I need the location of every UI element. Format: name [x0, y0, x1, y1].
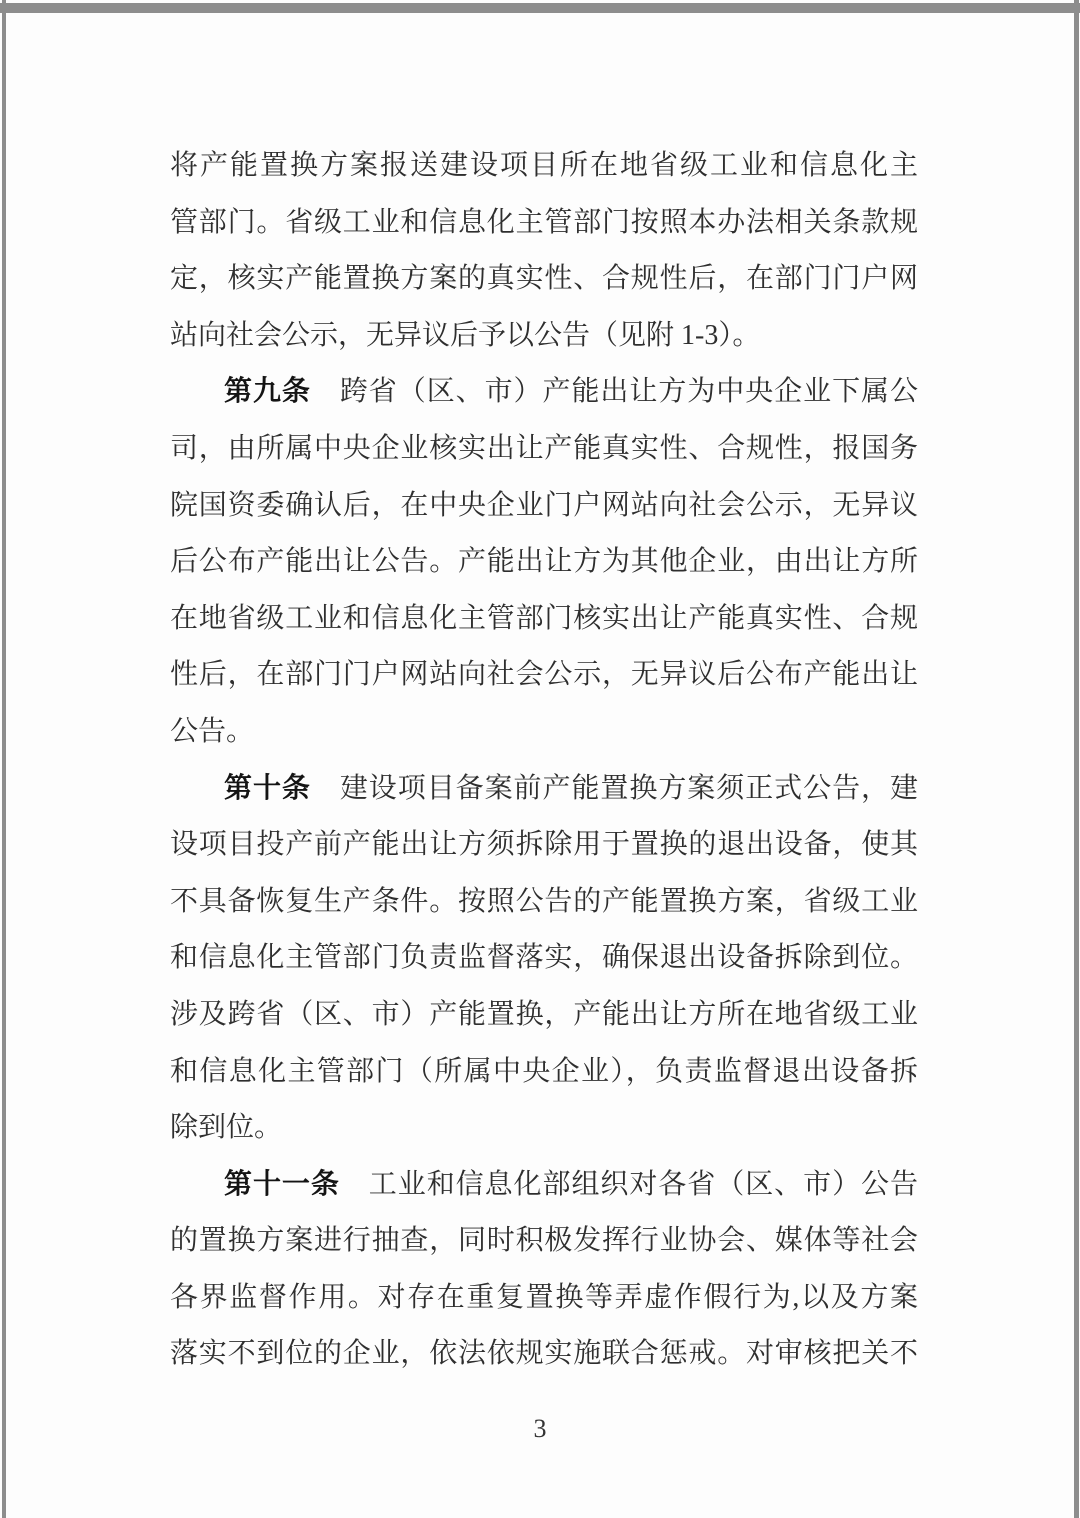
text-run: 性后，在部门门户网站向社会公示，无异议后公布产能出让 [170, 659, 918, 690]
text-line: 和信息化主管部门（所属中央企业），负责监督退出设备拆 [170, 1044, 918, 1101]
text-run: 站向社会公示，无异议后予以公告（见附 1-3）。 [170, 320, 760, 351]
text-run: 司，由所属中央企业核实出让产能真实性、合规性，报国务 [170, 433, 918, 464]
text-run: 公告。 [170, 716, 254, 747]
text-run: 跨省（区、市）产能出让方为中央企业下属公 [311, 376, 918, 407]
text-line: 第十条 建设项目备案前产能置换方案须正式公告，建 [170, 761, 918, 818]
document-body: 将产能置换方案报送建设项目所在地省级工业和信息化主管部门。省级工业和信息化主管部… [170, 138, 918, 1383]
text-run: 除到位。 [170, 1112, 282, 1143]
text-line: 涉及跨省（区、市）产能置换，产能出让方所在地省级工业 [170, 987, 918, 1044]
text-run: 的置换方案进行抽查，同时积极发挥行业协会、媒体等社会 [170, 1225, 918, 1256]
text-line: 性后，在部门门户网站向社会公示，无异议后公布产能出让 [170, 647, 918, 704]
text-run: 后公布产能出让公告。产能出让方为其他企业，由出让方所 [170, 546, 918, 577]
text-line: 司，由所属中央企业核实出让产能真实性、合规性，报国务 [170, 421, 918, 478]
document-page: 将产能置换方案报送建设项目所在地省级工业和信息化主管部门。省级工业和信息化主管部… [0, 0, 1080, 1518]
text-run: 在地省级工业和信息化主管部门核实出让产能真实性、合规 [170, 603, 918, 634]
text-line: 的置换方案进行抽查，同时积极发挥行业协会、媒体等社会 [170, 1213, 918, 1270]
page-number: 3 [0, 1414, 1080, 1444]
article-heading: 第九条 [224, 376, 311, 407]
page-border-left [2, 0, 6, 1518]
text-run: 管部门。省级工业和信息化主管部门按照本办法相关条款规 [170, 207, 918, 238]
text-line: 不具备恢复生产条件。按照公告的产能置换方案，省级工业 [170, 874, 918, 931]
article-heading: 第十条 [224, 773, 311, 804]
text-run: 不具备恢复生产条件。按照公告的产能置换方案，省级工业 [170, 886, 918, 917]
text-line: 在地省级工业和信息化主管部门核实出让产能真实性、合规 [170, 591, 918, 648]
text-line: 各界监督作用。对存在重复置换等弄虚作假行为,以及方案 [170, 1270, 918, 1327]
text-run: 定，核实产能置换方案的真实性、合规性后，在部门门户网 [170, 263, 918, 294]
text-line: 后公布产能出让公告。产能出让方为其他企业，由出让方所 [170, 534, 918, 591]
text-line: 定，核实产能置换方案的真实性、合规性后，在部门门户网 [170, 251, 918, 308]
text-run: 各界监督作用。对存在重复置换等弄虚作假行为,以及方案 [170, 1282, 918, 1313]
page-border-right [1074, 0, 1079, 1518]
text-line: 管部门。省级工业和信息化主管部门按照本办法相关条款规 [170, 195, 918, 252]
text-line: 落实不到位的企业，依法依规实施联合惩戒。对审核把关不 [170, 1326, 918, 1383]
text-line: 第九条 跨省（区、市）产能出让方为中央企业下属公 [170, 364, 918, 421]
text-line: 院国资委确认后，在中央企业门户网站向社会公示，无异议 [170, 478, 918, 535]
page-border-top [0, 3, 1080, 13]
text-line: 将产能置换方案报送建设项目所在地省级工业和信息化主 [170, 138, 918, 195]
text-run: 建设项目备案前产能置换方案须正式公告，建 [311, 773, 918, 804]
text-line: 除到位。 [170, 1100, 918, 1157]
text-run: 和信息化主管部门负责监督落实，确保退出设备拆除到位。 [170, 942, 918, 973]
text-run: 涉及跨省（区、市）产能置换，产能出让方所在地省级工业 [170, 999, 918, 1030]
text-line: 和信息化主管部门负责监督落实，确保退出设备拆除到位。 [170, 930, 918, 987]
text-line: 设项目投产前产能出让方须拆除用于置换的退出设备，使其 [170, 817, 918, 874]
article-heading: 第十一条 [224, 1169, 340, 1200]
text-run: 将产能置换方案报送建设项目所在地省级工业和信息化主 [170, 150, 918, 181]
text-run: 设项目投产前产能出让方须拆除用于置换的退出设备，使其 [170, 829, 918, 860]
text-line: 第十一条 工业和信息化部组织对各省（区、市）公告 [170, 1157, 918, 1214]
text-run: 和信息化主管部门（所属中央企业），负责监督退出设备拆 [170, 1056, 918, 1087]
text-line: 站向社会公示，无异议后予以公告（见附 1-3）。 [170, 308, 918, 365]
text-line: 公告。 [170, 704, 918, 761]
text-run: 工业和信息化部组织对各省（区、市）公告 [340, 1169, 918, 1200]
text-run: 落实不到位的企业，依法依规实施联合惩戒。对审核把关不 [170, 1338, 918, 1369]
text-run: 院国资委确认后，在中央企业门户网站向社会公示，无异议 [170, 490, 918, 521]
